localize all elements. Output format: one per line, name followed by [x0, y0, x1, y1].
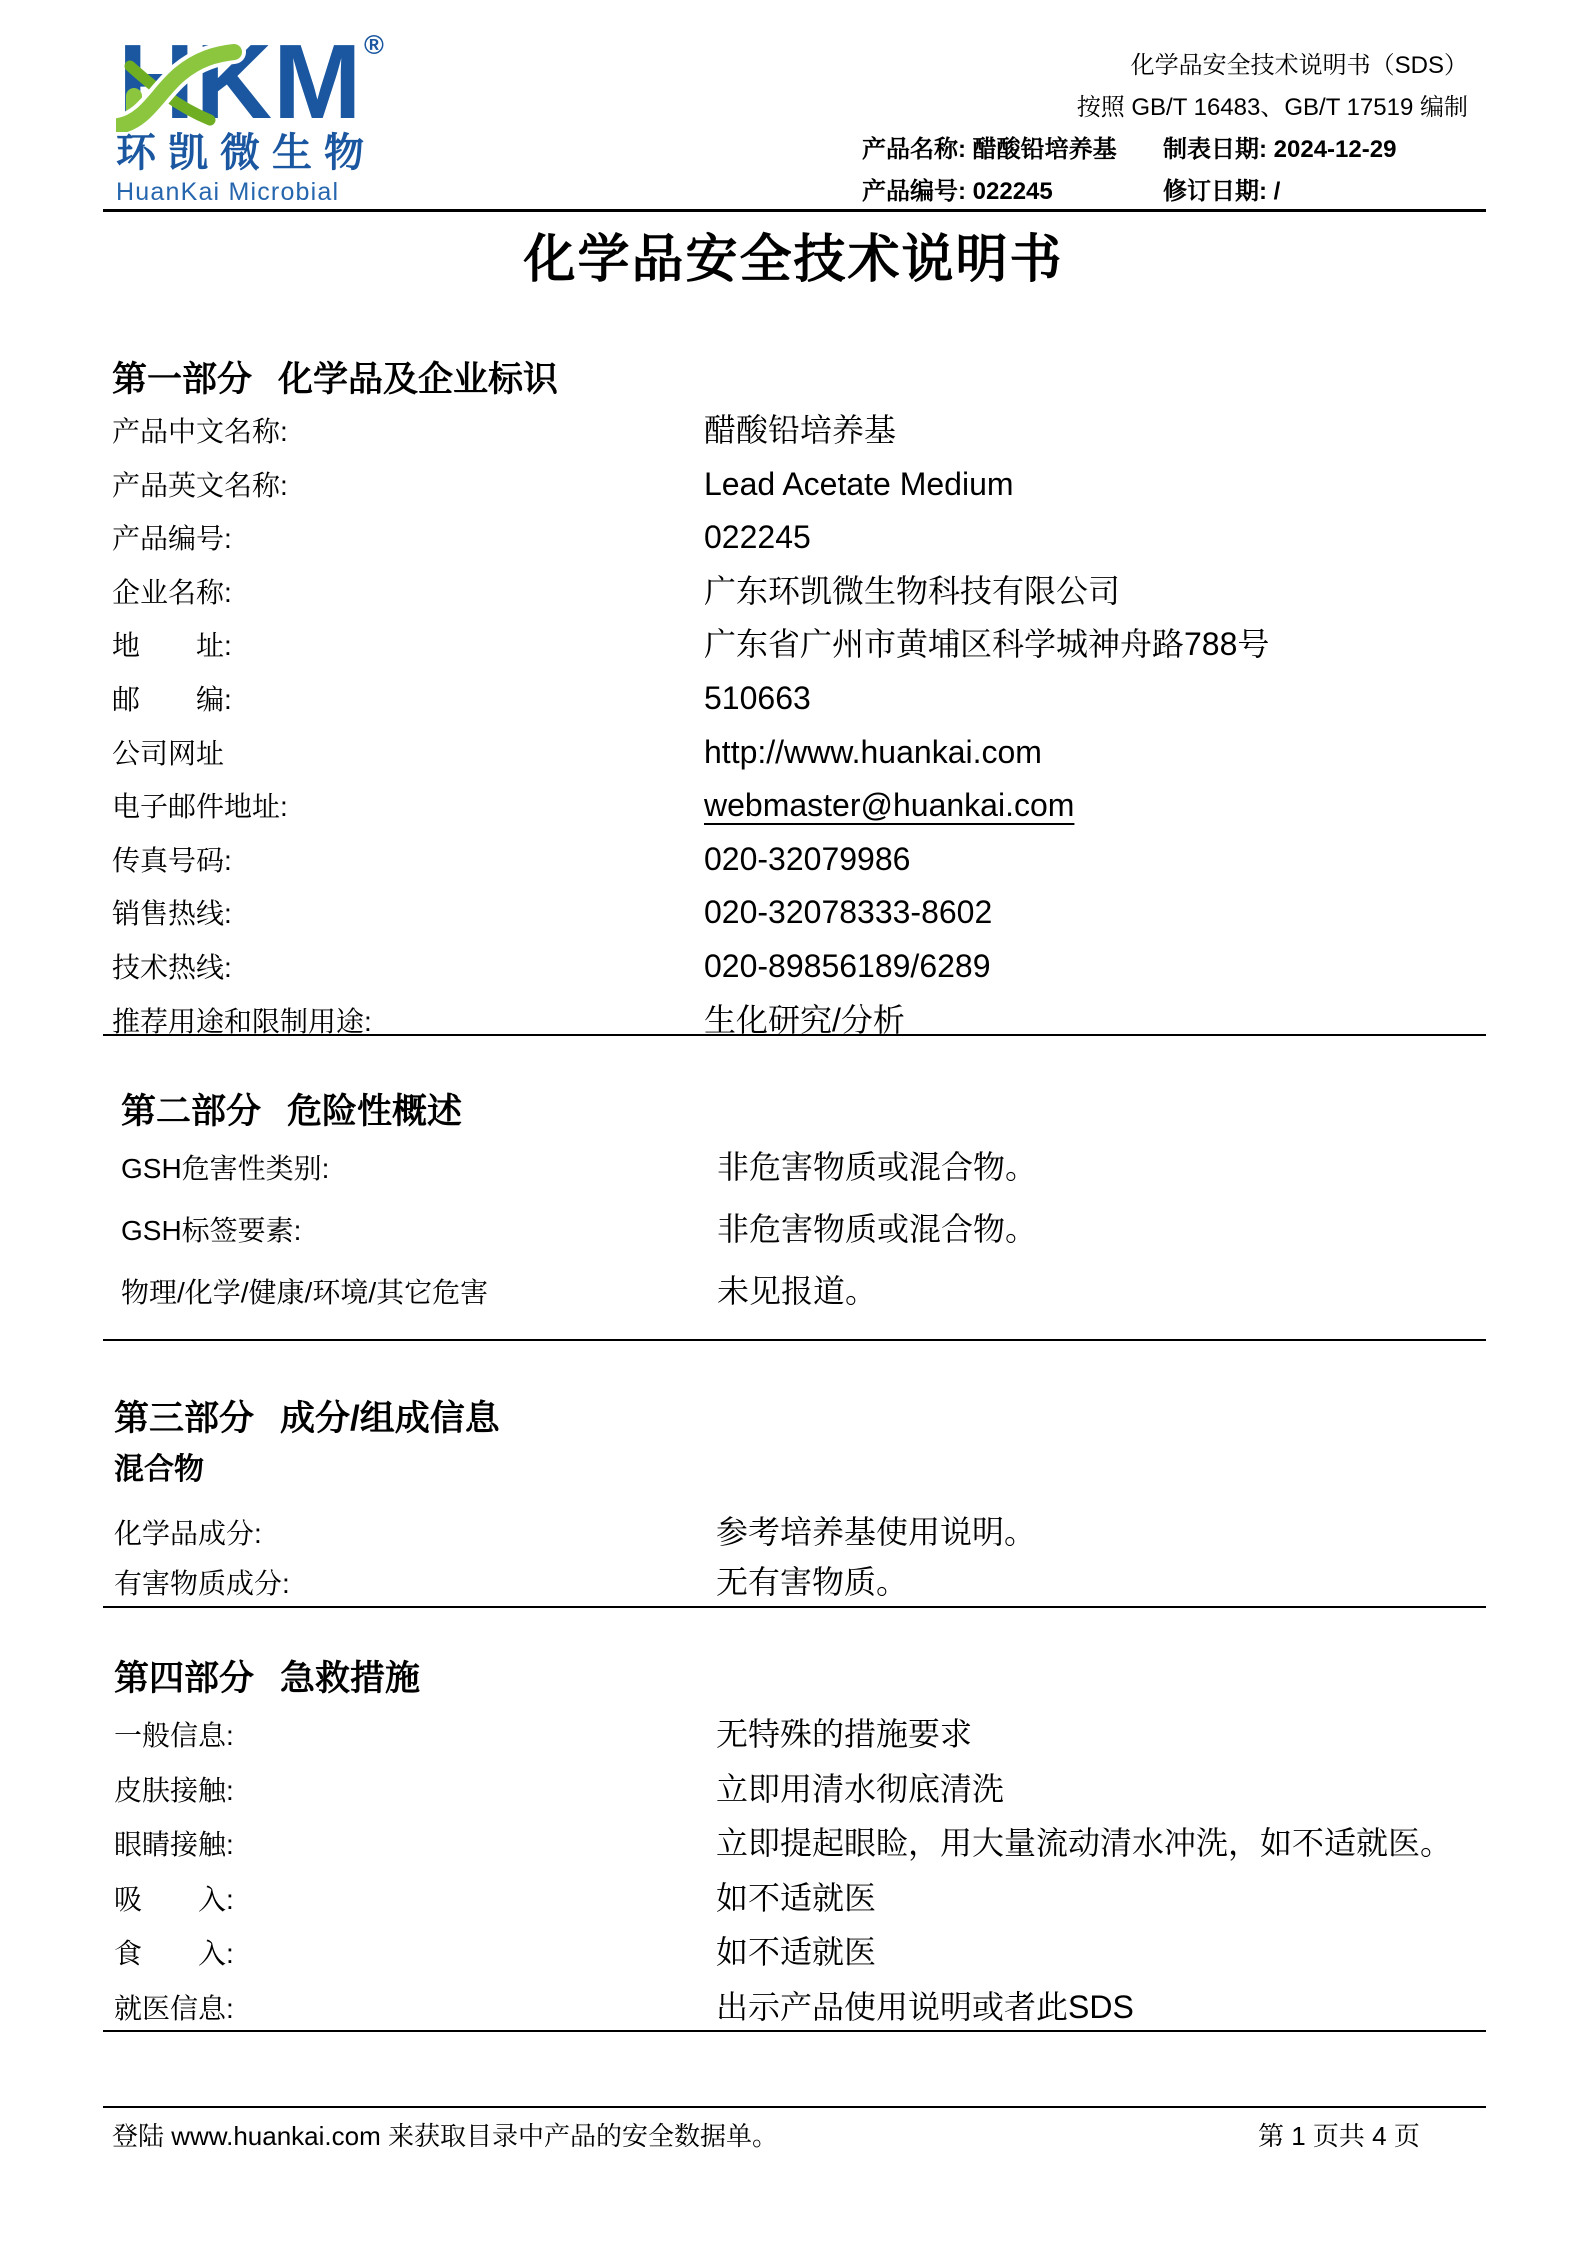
hkm-logo-mark: HKM ®	[116, 34, 416, 132]
field-label: 一般信息:	[114, 1709, 716, 1764]
footer-divider	[103, 2106, 1486, 2108]
footer-note: 登陆 www.huankai.com 来获取目录中产品的安全数据单。	[112, 2112, 778, 2160]
section-3-heading: 第三部分成分/组成信息	[114, 1395, 1504, 1443]
field-value: 非危害物质或混合物。	[717, 1149, 1037, 1185]
field-row-general-info: 一般信息:无特殊的措施要求	[114, 1707, 1504, 1762]
sds-document-page: HKM ® 环凯微生物 HuanKai Microbial 化学品安全技术说明书…	[0, 0, 1587, 2245]
field-row-address: 地 址:广东省广州市黄埔区科学城神舟路788号	[112, 618, 1502, 672]
section-3-number: 第三部分	[114, 1399, 254, 1438]
section-1-title: 化学品及企业标识	[278, 360, 558, 399]
field-value: 醋酸铅培养基	[704, 412, 896, 448]
field-label: 有害物质成分:	[114, 1559, 716, 1609]
company-logo: HKM ® 环凯微生物 HuanKai Microbial	[116, 34, 436, 206]
section-4-title: 急救措施	[280, 1659, 420, 1698]
field-row-product-code: 产品编号:022245	[112, 511, 1502, 565]
field-value: 如不适就医	[716, 1934, 876, 1970]
field-row-inhalation: 吸 入:如不适就医	[114, 1871, 1504, 1926]
field-value: 立即用清水彻底清洗	[716, 1771, 1004, 1807]
field-label: 食 入:	[114, 1927, 716, 1982]
section-4-number: 第四部分	[114, 1659, 254, 1698]
field-label: 地 址:	[112, 619, 704, 673]
section-2-rows: GSH危害性类别:非危害物质或混合物。 GSH标签要素:非危害物质或混合物。 物…	[121, 1136, 1511, 1322]
field-row-other-hazards: 物理/化学/健康/环境/其它危害未见报道。	[121, 1260, 1511, 1322]
field-value: 如不适就医	[716, 1880, 876, 1916]
section-2-heading: 第二部分危险性概述	[121, 1088, 1511, 1136]
header-divider	[103, 209, 1486, 212]
field-value: 022245	[704, 519, 811, 555]
field-label: GSH标签要素:	[121, 1200, 717, 1262]
field-value: 未见报道。	[717, 1273, 877, 1309]
field-row-fax: 传真号码:020-32079986	[112, 833, 1502, 887]
header-product-code: 产品编号: 022245	[862, 172, 1053, 212]
registered-trademark-icon: ®	[364, 30, 384, 61]
logo-chinese-name: 环凯微生物	[116, 132, 436, 174]
field-row-sales-hotline: 销售热线:020-32078333-8602	[112, 886, 1502, 940]
field-label: 就医信息:	[114, 1982, 716, 2037]
logo-english-name: HuanKai Microbial	[116, 178, 436, 206]
section-1-divider	[103, 1034, 1486, 1036]
field-label: 产品英文名称:	[112, 459, 704, 513]
field-label: GSH危害性类别:	[121, 1138, 717, 1200]
section-1-number: 第一部分	[112, 360, 252, 399]
section-3-divider	[103, 1606, 1486, 1608]
section-3-rows: 化学品成分:参考培养基使用说明。 有害物质成分:无有害物质。	[114, 1507, 1504, 1607]
field-value: 广东省广州市黄埔区科学城神舟路788号	[704, 626, 1269, 662]
field-value: 非危害物质或混合物。	[717, 1211, 1037, 1247]
section-3-composition: 第三部分成分/组成信息 混合物 化学品成分:参考培养基使用说明。 有害物质成分:…	[114, 1395, 1504, 1607]
field-value: 020-89856189/6289	[704, 948, 991, 984]
field-row-medical-info: 就医信息:出示产品使用说明或者此SDS	[114, 1980, 1504, 2035]
website-link[interactable]: http://www.huankai.com	[704, 734, 1042, 770]
field-label: 吸 入:	[114, 1873, 716, 1928]
section-2-number: 第二部分	[121, 1092, 261, 1131]
field-row-gsh-hazard-class: GSH危害性类别:非危害物质或混合物。	[121, 1136, 1511, 1198]
field-value: 参考培养基使用说明。	[716, 1514, 1036, 1550]
field-label: 传真号码:	[112, 834, 704, 888]
field-row-chemical-composition: 化学品成分:参考培养基使用说明。	[114, 1507, 1504, 1557]
field-row-skin-contact: 皮肤接触:立即用清水彻底清洗	[114, 1762, 1504, 1817]
section-2-divider	[103, 1339, 1486, 1341]
field-value: 510663	[704, 680, 811, 716]
field-row-postcode: 邮 编:510663	[112, 672, 1502, 726]
field-label: 眼睛接触:	[114, 1818, 716, 1873]
header-doc-type: 化学品安全技术说明书（SDS）	[1131, 46, 1468, 86]
field-row-ingestion: 食 入:如不适就医	[114, 1925, 1504, 1980]
field-label: 物理/化学/健康/环境/其它危害	[121, 1262, 717, 1324]
section-1-identification: 第一部分化学品及企业标识 产品中文名称:醋酸铅培养基 产品英文名称:Lead A…	[112, 356, 1502, 1047]
section-4-heading: 第四部分急救措施	[114, 1655, 1504, 1703]
field-value: Lead Acetate Medium	[704, 466, 1014, 502]
section-3-title: 成分/组成信息	[280, 1399, 500, 1438]
header-product-name: 产品名称: 醋酸铅培养基	[862, 130, 1117, 170]
field-row-eye-contact: 眼睛接触:立即提起眼睑，用大量流动清水冲洗，如不适就医。	[114, 1816, 1504, 1871]
field-value: 生化研究/分析	[704, 1002, 905, 1038]
section-4-first-aid: 第四部分急救措施 一般信息:无特殊的措施要求 皮肤接触:立即用清水彻底清洗 眼睛…	[114, 1655, 1504, 2035]
field-row-tech-hotline: 技术热线:020-89856189/6289	[112, 940, 1502, 994]
section-1-heading: 第一部分化学品及企业标识	[112, 356, 1502, 404]
header-revision-date: 修订日期: /	[1163, 172, 1280, 212]
field-value: 020-32078333-8602	[704, 894, 992, 930]
document-title: 化学品安全技术说明书	[0, 228, 1587, 292]
field-value: 广东环凯微生物科技有限公司	[704, 573, 1120, 609]
field-value: 出示产品使用说明或者此SDS	[716, 1989, 1134, 2025]
field-value: 020-32079986	[704, 841, 910, 877]
mixture-subheading: 混合物	[114, 1443, 1504, 1497]
field-label: 电子邮件地址:	[112, 780, 704, 834]
field-value: 立即提起眼睑，用大量流动清水冲洗，如不适就医。	[716, 1825, 1452, 1861]
field-label: 邮 编:	[112, 673, 704, 727]
field-value: 无特殊的措施要求	[716, 1716, 972, 1752]
section-4-rows: 一般信息:无特殊的措施要求 皮肤接触:立即用清水彻底清洗 眼睛接触:立即提起眼睑…	[114, 1707, 1504, 2035]
field-row-hazardous-components: 有害物质成分:无有害物质。	[114, 1557, 1504, 1607]
field-row-product-cn-name: 产品中文名称:醋酸铅培养基	[112, 404, 1502, 458]
section-2-hazards-overview: 第二部分危险性概述 GSH危害性类别:非危害物质或混合物。 GSH标签要素:非危…	[121, 1088, 1511, 1322]
section-4-divider	[103, 2030, 1486, 2032]
field-label: 产品中文名称:	[112, 405, 704, 459]
field-label: 皮肤接触:	[114, 1764, 716, 1819]
field-label: 企业名称:	[112, 566, 704, 620]
field-label: 技术热线:	[112, 941, 704, 995]
field-row-email: 电子邮件地址:webmaster@huankai.com	[112, 779, 1502, 833]
field-label: 产品编号:	[112, 512, 704, 566]
field-label: 销售热线:	[112, 887, 704, 941]
field-row-product-en-name: 产品英文名称:Lead Acetate Medium	[112, 458, 1502, 512]
field-row-recommended-use: 推荐用途和限制用途:生化研究/分析	[112, 994, 1502, 1048]
section-2-title: 危险性概述	[287, 1092, 462, 1131]
section-1-rows: 产品中文名称:醋酸铅培养基 产品英文名称:Lead Acetate Medium…	[112, 404, 1502, 1047]
field-row-gsh-label-elements: GSH标签要素:非危害物质或混合物。	[121, 1198, 1511, 1260]
field-label: 化学品成分:	[114, 1509, 716, 1559]
field-row-website: 公司网址http://www.huankai.com	[112, 726, 1502, 780]
field-row-company-name: 企业名称:广东环凯微生物科技有限公司	[112, 565, 1502, 619]
email-link[interactable]: webmaster@huankai.com	[704, 787, 1074, 823]
page-number: 第 1 页共 4 页	[1258, 2112, 1420, 2160]
header-made-date: 制表日期: 2024-12-29	[1163, 130, 1396, 170]
field-label: 公司网址	[112, 727, 704, 781]
field-label: 推荐用途和限制用途:	[112, 995, 704, 1049]
header-standard-reference: 按照 GB/T 16483、GB/T 17519 编制	[1077, 88, 1468, 128]
field-value: 无有害物质。	[716, 1564, 908, 1600]
